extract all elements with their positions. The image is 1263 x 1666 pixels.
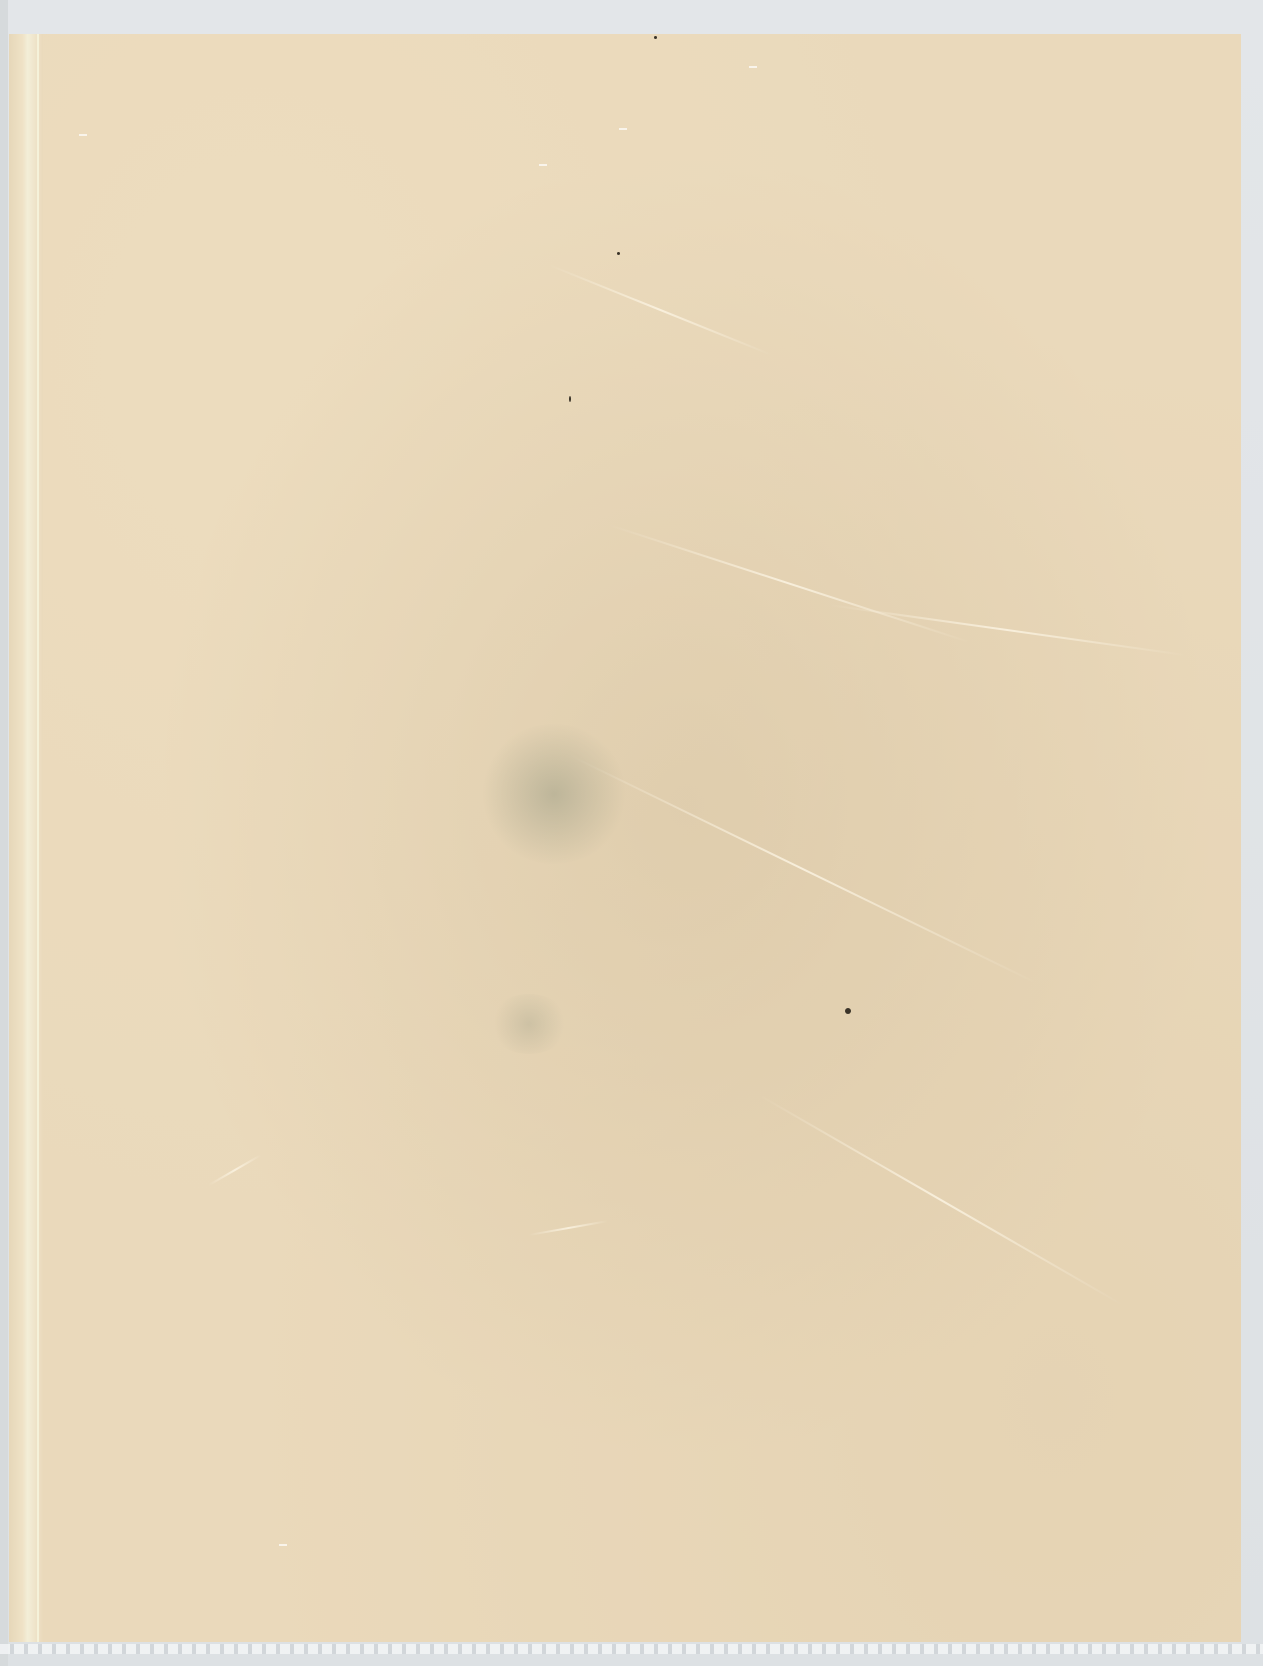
paper-fleck <box>619 128 627 130</box>
paper-crease <box>209 1154 262 1186</box>
paper-crease <box>609 524 971 643</box>
dirt-speck <box>654 36 657 39</box>
blank-paper-sheet <box>9 34 1241 1642</box>
sleeve-left-edge <box>0 0 8 1666</box>
plastic-sleeve <box>0 0 1263 1666</box>
paper-crease <box>759 1094 1124 1306</box>
binding-line <box>37 34 39 1642</box>
ink-stain <box>479 724 629 864</box>
paper-crease <box>529 1220 608 1236</box>
sleeve-bottom-seam <box>0 1644 1263 1654</box>
paper-crease <box>549 264 772 356</box>
paper-crease <box>829 604 1186 656</box>
dirt-speck <box>617 252 620 255</box>
dirt-speck <box>845 1008 851 1014</box>
paper-fleck <box>279 1544 287 1546</box>
paper-fleck <box>749 66 757 68</box>
ink-stain <box>489 994 569 1054</box>
paper-fleck <box>79 134 87 136</box>
dirt-speck <box>569 396 571 402</box>
paper-crease <box>569 754 1037 984</box>
paper-fleck <box>539 164 547 166</box>
